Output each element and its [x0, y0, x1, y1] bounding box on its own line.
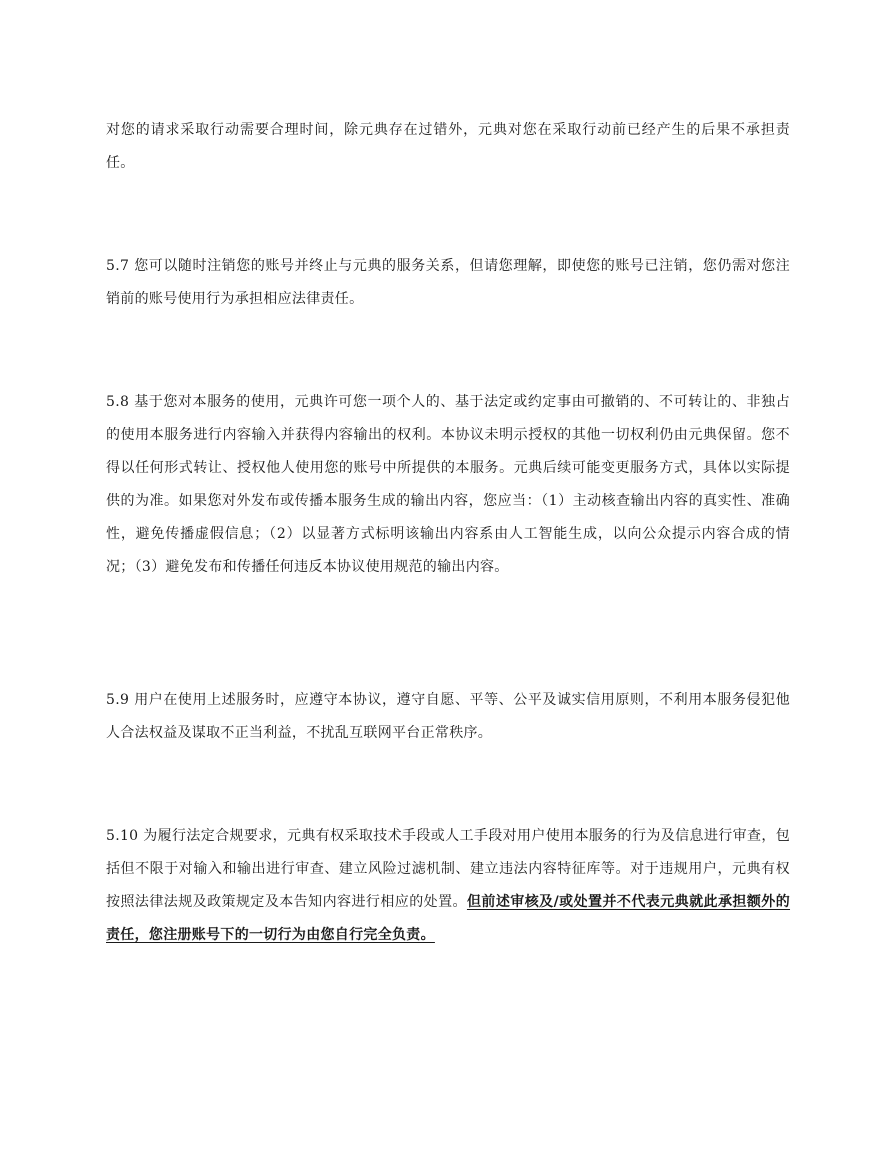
paragraph-text: 5.7 您可以随时注销您的账号并终止与元典的服务关系，但请您理解，即使您的账号已…: [106, 258, 790, 307]
document-page: 对您的请求采取行动需要合理时间，除元典存在过错外，元典对您在采取行动前已经产生的…: [0, 0, 892, 1155]
paragraph-5-6-continued: 对您的请求采取行动需要合理时间，除元典存在过错外，元典对您在采取行动前已经产生的…: [106, 114, 790, 180]
paragraph-5-9: 5.9 用户在使用上述服务时，应遵守本协议，遵守自愿、平等、公平及诚实信用原则，…: [106, 684, 790, 750]
paragraph-5-7: 5.7 您可以随时注销您的账号并终止与元典的服务关系，但请您理解，即使您的账号已…: [106, 250, 790, 316]
paragraph-text: 5.8 基于您对本服务的使用，元典许可您一项个人的、基于法定或约定事由可撤销的、…: [106, 394, 790, 575]
paragraph-5-10: 5.10 为履行法定合规要求，元典有权采取技术手段或人工手段对用户使用本服务的行…: [106, 820, 790, 952]
paragraph-5-8: 5.8 基于您对本服务的使用，元典许可您一项个人的、基于法定或约定事由可撤销的、…: [106, 386, 790, 584]
paragraph-text: 对您的请求采取行动需要合理时间，除元典存在过错外，元典对您在采取行动前已经产生的…: [106, 122, 790, 171]
paragraph-text: 5.9 用户在使用上述服务时，应遵守本协议，遵守自愿、平等、公平及诚实信用原则，…: [106, 692, 790, 741]
